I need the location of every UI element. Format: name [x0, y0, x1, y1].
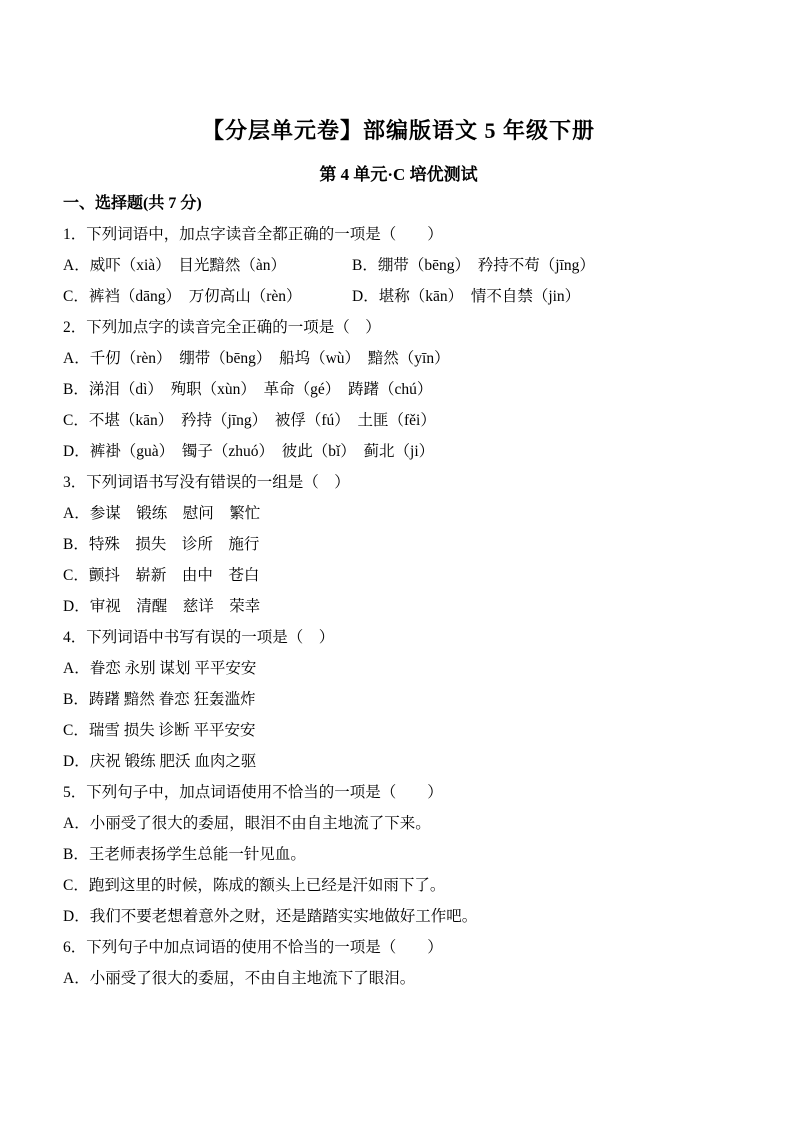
question-2-option-d: D．裤褂（guà） 镯子（zhuó） 彼此（bǐ） 蓟北（ji）: [63, 436, 734, 467]
question-4-option-c: C．瑞雪 损失 诊断 平平安安: [63, 715, 734, 746]
question-4-stem: 4．下列词语中书写有误的一项是（ ）: [63, 622, 734, 653]
question-5-option-d: D．我们不要老想着意外之财，还是踏踏实实地做好工作吧。: [63, 901, 734, 932]
question-6-option-a: A．小丽受了很大的委屈，不由自主地流下了眼泪。: [63, 963, 734, 994]
question-1-stem: 1．下列词语中，加点字读音全都正确的一项是（ ）: [63, 219, 734, 250]
question-3: 3．下列词语书写没有错误的一组是（ ） A．参谋 锻练 慰问 繁忙 B．特殊 损…: [63, 467, 734, 622]
question-2-option-b: B．涕泪（dì） 殉职（xùn） 革命（gé） 踌躇（chú）: [63, 374, 734, 405]
question-3-option-a: A．参谋 锻练 慰问 繁忙: [63, 498, 734, 529]
question-2-stem: 2．下列加点字的读音完全正确的一项是（ ）: [63, 312, 734, 343]
question-1: 1．下列词语中，加点字读音全都正确的一项是（ ） A．威吓（xià） 目光黯然（…: [63, 219, 734, 312]
question-5-option-b: B．王老师表扬学生总能一针见血。: [63, 839, 734, 870]
question-2: 2．下列加点字的读音完全正确的一项是（ ） A．千仞（rèn） 绷带（bēng）…: [63, 312, 734, 467]
document-subtitle: 第 4 单元·C 培优测试: [63, 162, 734, 188]
question-5-stem: 5．下列句子中，加点词语使用不恰当的一项是（ ）: [63, 777, 734, 808]
question-1-option-d: D．堪称（kān） 情不自禁（jin）: [352, 281, 734, 312]
question-5: 5．下列句子中，加点词语使用不恰当的一项是（ ） A．小丽受了很大的委屈，眼泪不…: [63, 777, 734, 932]
question-6-stem: 6．下列句子中加点词语的使用不恰当的一项是（ ）: [63, 932, 734, 963]
question-1-option-a: A．威吓（xià） 目光黯然（àn）: [63, 250, 352, 281]
question-5-option-a: A．小丽受了很大的委屈，眼泪不由自主地流了下来。: [63, 808, 734, 839]
question-2-option-c: C．不堪（kān） 矜持（jīng） 被俘（fú） 土匪（fěi）: [63, 405, 734, 436]
question-4-option-a: A．眷恋 永别 谋划 平平安安: [63, 653, 734, 684]
question-4: 4．下列词语中书写有误的一项是（ ） A．眷恋 永别 谋划 平平安安 B．踌躇 …: [63, 622, 734, 777]
question-3-stem: 3．下列词语书写没有错误的一组是（ ）: [63, 467, 734, 498]
question-1-option-b: B．绷带（bēng） 矜持不苟（jīng）: [352, 250, 734, 281]
question-1-option-c: C．裤裆（dāng） 万仞高山（rèn）: [63, 281, 352, 312]
question-2-option-a: A．千仞（rèn） 绷带（bēng） 船坞（wù） 黯然（yīn）: [63, 343, 734, 374]
section-heading: 一、选择题(共 7 分): [63, 188, 734, 219]
question-5-option-c: C．跑到这里的时候，陈成的额头上已经是汗如雨下了。: [63, 870, 734, 901]
question-4-option-d: D．庆祝 锻练 肥沃 血肉之驱: [63, 746, 734, 777]
question-3-option-d: D．审视 清醒 慈详 荣幸: [63, 591, 734, 622]
question-6: 6．下列句子中加点词语的使用不恰当的一项是（ ） A．小丽受了很大的委屈，不由自…: [63, 932, 734, 994]
question-3-option-c: C．颤抖 崭新 由中 苍白: [63, 560, 734, 591]
document-title: 【分层单元卷】部编版语文 5 年级下册: [63, 114, 734, 148]
question-4-option-b: B．踌躇 黯然 眷恋 狂轰滥炸: [63, 684, 734, 715]
question-1-options: A．威吓（xià） 目光黯然（àn） B．绷带（bēng） 矜持不苟（jīng）…: [63, 250, 734, 312]
question-3-option-b: B．特殊 损失 诊所 施行: [63, 529, 734, 560]
document-page: 【分层单元卷】部编版语文 5 年级下册 第 4 单元·C 培优测试 一、选择题(…: [0, 0, 794, 1123]
